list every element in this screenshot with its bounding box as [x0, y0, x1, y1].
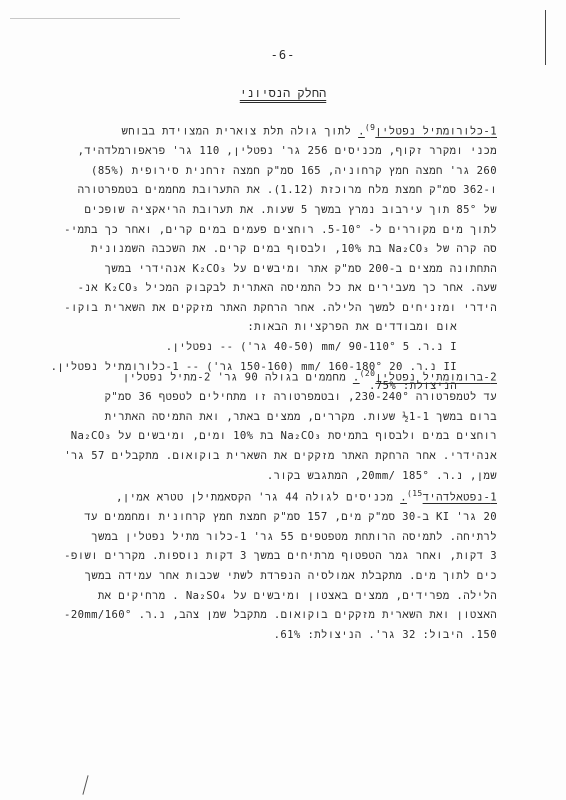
- pen-stroke-mark: [82, 775, 88, 795]
- text-line: 3 דקות, ואחר גמר הטפטוף מרתיחים במשך 3 ד…: [55, 547, 497, 567]
- text-line: לתוך מים מקוררים ל- 5-10°. רוחצים פעמים …: [55, 221, 497, 241]
- procedure-heading: 1-כלורומתיל נפטלין: [375, 126, 497, 138]
- text-line: כים לתוך מים. מתקבלת אמולסיה הנפרדת לשתי…: [55, 567, 497, 587]
- text-line: לרתיחה. לתמיסה הרותחת מטפטפים 55 גר' 1-כ…: [55, 528, 497, 548]
- procedure-heading: 2-ברומומתיל נפטלין: [375, 372, 497, 384]
- text-line: סה קרה של Na₂CO₃ בת 10%, ולבסוף במים קרי…: [55, 240, 497, 260]
- text-line: שעה. אחר כך מעבירים את כל התמיסה האתרית …: [55, 279, 497, 299]
- section-title-text: החלק הנסיוני: [240, 86, 326, 100]
- procedure-3: 1-נפטאלדהיד15). מכניסים לגולה 44 גר' הקס…: [55, 484, 497, 645]
- procedure-first-line: 1-כלורומתיל נפטלין9). לתוך גולה תלת צואר…: [55, 118, 497, 142]
- text-line: האצטון ואת השארית מזקקים בוקואום. מתקבל …: [55, 606, 497, 626]
- document-page: -6- החלק הנסיוני 1-כלורומתיל נפטלין9). ל…: [0, 0, 566, 800]
- text-line: 260 גר' חמצה חמץ קרחוניה, 165 סמ"ק חמצה …: [55, 162, 497, 182]
- procedure-2: 2-ברומומתיל נפטלין20). מחממים בגולה 90 ג…: [55, 364, 497, 486]
- reference-mark: 15): [407, 489, 423, 498]
- text-line: עד לטמפרטורה 230-240°, ובטמפרטורה זו מתח…: [55, 388, 497, 408]
- text-line: ו-362 סמ"ק חמצת מלח מרוכזת (1.12). את הת…: [55, 181, 497, 201]
- text-line: רוחצים במים ולבסוף בתמיסת Na₂CO₃ בת 10% …: [55, 427, 497, 447]
- text-line: הידרי ומזניחים למשך הלילה. אחר הרחקת האת…: [55, 299, 497, 319]
- text-line: 20 גר' KI ב-30 סמ"ק מים, 157 סמ"ק חמצת ח…: [55, 508, 497, 528]
- reference-mark: 9): [365, 123, 375, 132]
- text-line: ברום במשך 1-1½ שעות. מקררים, ממצים באתר,…: [55, 408, 497, 428]
- scan-artifact-line: [10, 18, 180, 19]
- text-line: של 85° תוך עירבוב נמרץ במשך 5 שעות. את ת…: [55, 201, 497, 221]
- text-line: אנהידרי. אחר הרחקת האתר מזקקים את השארית…: [55, 447, 497, 467]
- procedure-first-line: 2-ברומומתיל נפטלין20). מחממים בגולה 90 ג…: [55, 364, 497, 388]
- text-line: לתוך גולה תלת צוארית המצוידת בבוחש: [121, 126, 351, 138]
- fraction-line: I נ.ר. 5 mm/ 90-110° (40-50 גר') -- נפטל…: [55, 338, 497, 358]
- text-line: מכניסים לגולה 44 גר' הקסאמתילן טטרא אמין…: [116, 492, 393, 504]
- procedure-first-line: 1-נפטאלדהיד15). מכניסים לגולה 44 גר' הקס…: [55, 484, 497, 508]
- text-line: הלילה. מפרידים, ממצים באצטון ומיבשים על …: [55, 587, 497, 607]
- text-line: 150. היבול: 32 גר'. הניצולת: 61%.: [55, 626, 497, 646]
- procedure-1: 1-כלורומתיל נפטלין9). לתוך גולה תלת צואר…: [55, 118, 497, 397]
- text-line: אום ומבודדים את הפרקציות הבאות:: [55, 318, 497, 338]
- section-title: החלק הנסיוני: [0, 86, 566, 101]
- text-line: התחתונה ממצים ב-200 סמ"ק אתר ומיבשים על …: [55, 260, 497, 280]
- text-line: מכני ומקרר זקוף, מכניסים 256 גר' נפטלין,…: [55, 142, 497, 162]
- text-line: מחממים בגולה 90 גר' 2-מתיל נפטלין: [123, 372, 346, 384]
- reference-mark: 20): [360, 369, 376, 378]
- procedure-heading: 1-נפטאלדהיד: [423, 492, 497, 504]
- page-number: -6-: [0, 48, 566, 62]
